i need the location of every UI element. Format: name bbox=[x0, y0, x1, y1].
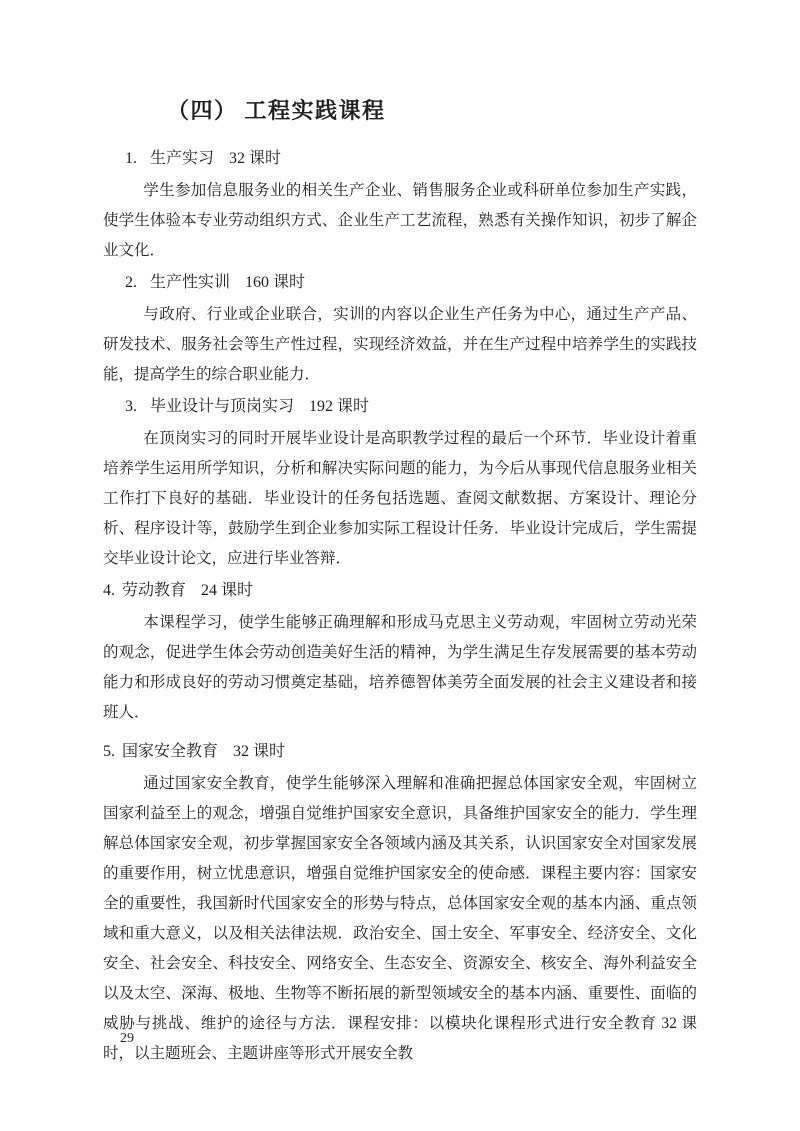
section-paragraph: 通过国家安全教育，使学生能够深入理解和准确把握总体国家安全观，牢固树立国家利益至… bbox=[103, 769, 697, 1069]
section-number: 5. bbox=[103, 737, 115, 767]
section-heading: （四） 工程实践课程 bbox=[103, 94, 697, 128]
section-hours: 160 课时 bbox=[245, 268, 305, 298]
section-number: 2. bbox=[125, 268, 137, 298]
page-number: 29 bbox=[120, 1031, 134, 1047]
section-national-security-education: 5.国家安全教育32 课时 通过国家安全教育，使学生能够深入理解和准确把握总体国… bbox=[103, 737, 697, 1069]
section-title: 4.劳动教育24 课时 bbox=[103, 576, 697, 606]
section-label: 劳动教育 bbox=[122, 582, 186, 599]
section-hours: 32 课时 bbox=[229, 144, 281, 174]
section-paragraph: 与政府、行业或企业联合，实训的内容以企业生产任务为中心，通过生产产品、研发技术、… bbox=[103, 300, 697, 390]
section-label: 国家安全教育 bbox=[122, 743, 218, 760]
section-number: 1. bbox=[125, 144, 137, 174]
section-paragraph: 学生参加信息服务业的相关生产企业、销售服务企业或科研单位参加生产实践，使学生体验… bbox=[103, 176, 697, 266]
section-paragraph: 本课程学习，使学生能够正确理解和形成马克思主义劳动观，牢固树立劳动光荣的观念，促… bbox=[103, 608, 697, 728]
section-number: 3. bbox=[125, 392, 137, 422]
document-page: （四） 工程实践课程 1.生产实习32 课时 学生参加信息服务业的相关生产企业、… bbox=[0, 0, 800, 1131]
section-number: 4. bbox=[103, 576, 115, 606]
section-label: 生产实习 bbox=[150, 150, 214, 167]
section-label: 毕业设计与顶岗实习 bbox=[150, 398, 294, 415]
section-graduation-design: 3.毕业设计与顶岗实习192 课时 在顶岗实习的同时开展毕业设计是高职教学过程的… bbox=[103, 392, 697, 574]
section-paragraph: 在顶岗实习的同时开展毕业设计是高职教学过程的最后一个环节．毕业设计着重培养学生运… bbox=[103, 424, 697, 574]
page-content: （四） 工程实践课程 1.生产实习32 课时 学生参加信息服务业的相关生产企业、… bbox=[103, 94, 697, 1069]
section-hours: 32 课时 bbox=[233, 737, 285, 767]
section-productive-training: 2.生产性实训160 课时 与政府、行业或企业联合，实训的内容以企业生产任务为中… bbox=[103, 268, 697, 390]
section-label: 生产性实训 bbox=[150, 274, 230, 291]
section-title: 2.生产性实训160 课时 bbox=[103, 268, 697, 298]
section-title: 3.毕业设计与顶岗实习192 课时 bbox=[103, 392, 697, 422]
section-hours: 24 课时 bbox=[201, 576, 253, 606]
section-labor-education: 4.劳动教育24 课时 本课程学习，使学生能够正确理解和形成马克思主义劳动观，牢… bbox=[103, 576, 697, 728]
section-title: 5.国家安全教育32 课时 bbox=[103, 737, 697, 767]
section-hours: 192 课时 bbox=[309, 392, 369, 422]
section-production-internship: 1.生产实习32 课时 学生参加信息服务业的相关生产企业、销售服务企业或科研单位… bbox=[103, 144, 697, 266]
section-title: 1.生产实习32 课时 bbox=[103, 144, 697, 174]
